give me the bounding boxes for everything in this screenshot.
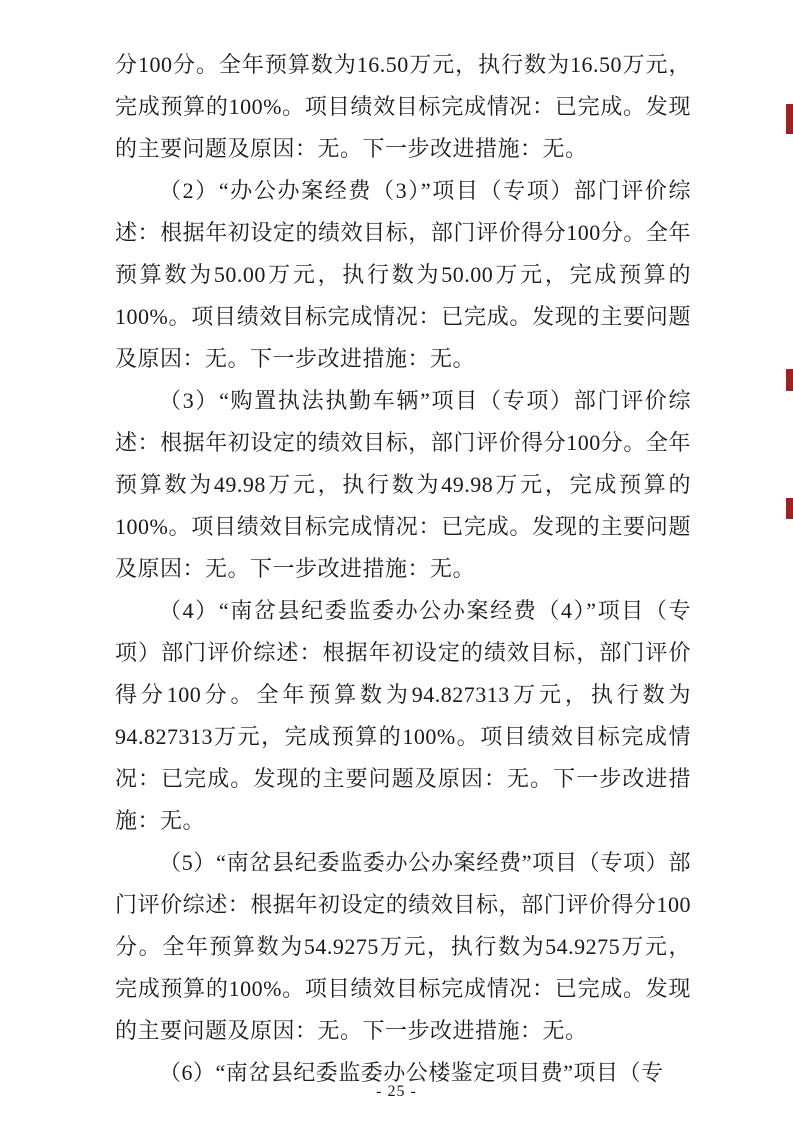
document-body: 分100分。全年预算数为16.50万元，执行数为16.50万元，完成预算的100… — [115, 44, 691, 1094]
paragraph-continuation: 分100分。全年预算数为16.50万元，执行数为16.50万元，完成预算的100… — [115, 44, 691, 170]
red-revision-mark-icon — [786, 369, 793, 391]
paragraph-item-3: （3）“购置执法执勤车辆”项目（专项）部门评价综述：根据年初设定的绩效目标，部门… — [115, 380, 691, 590]
paragraph-item-5: （5）“南岔县纪委监委办公办案经费”项目（专项）部门评价综述：根据年初设定的绩效… — [115, 842, 691, 1052]
paragraph-item-2: （2）“办公办案经费（3）”项目（专项）部门评价综述：根据年初设定的绩效目标，部… — [115, 170, 691, 380]
page-number: - 25 - — [0, 1082, 793, 1102]
red-revision-mark-icon — [786, 498, 793, 519]
red-revision-mark-icon — [786, 104, 793, 134]
document-page: 分100分。全年预算数为16.50万元，执行数为16.50万元，完成预算的100… — [0, 0, 793, 1122]
paragraph-item-4: （4）“南岔县纪委监委办公办案经费（4）”项目（专项）部门评价综述：根据年初设定… — [115, 590, 691, 842]
